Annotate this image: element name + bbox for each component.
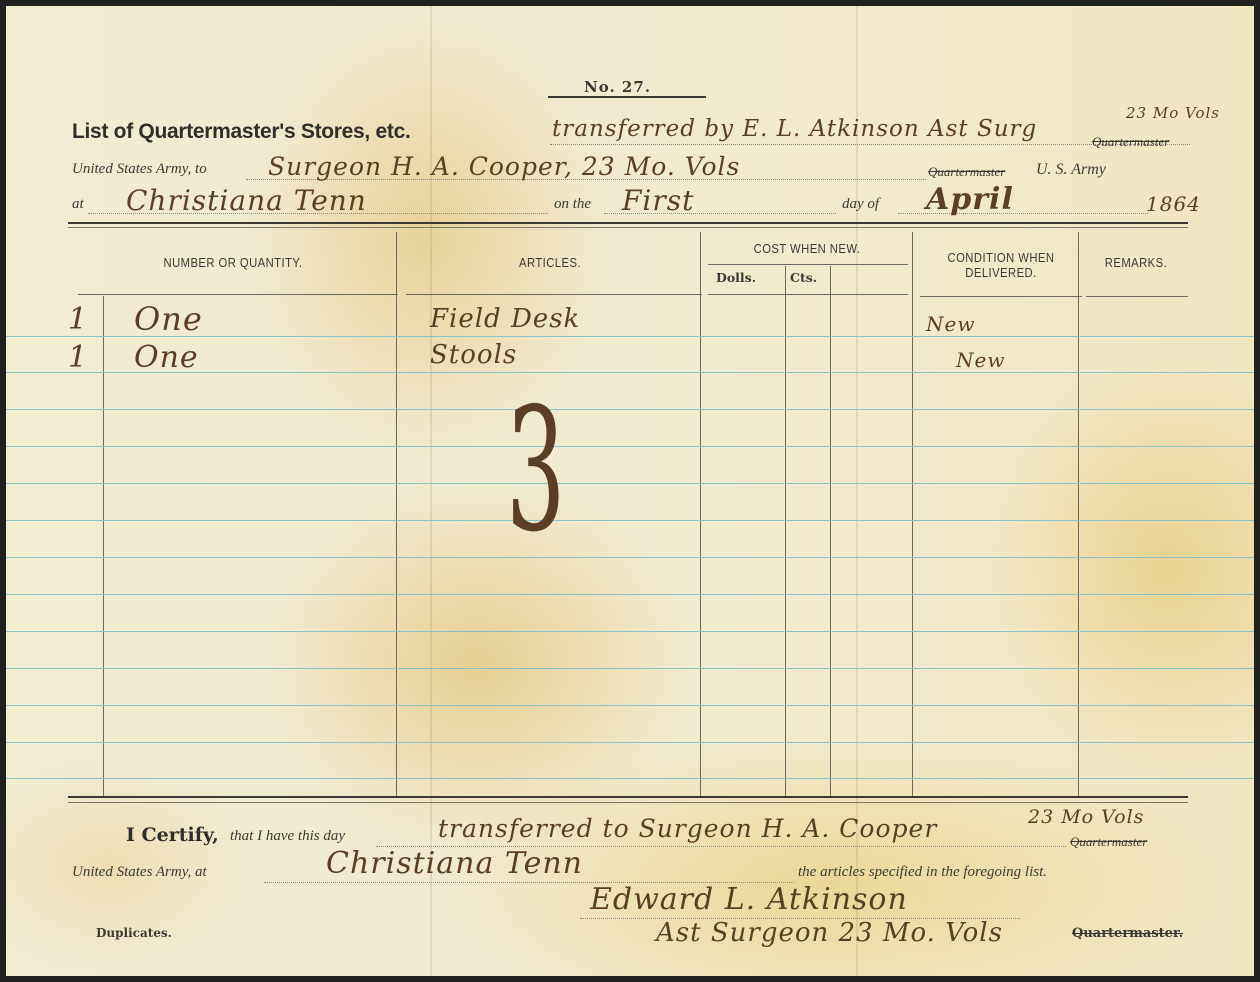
row2-count: 1 <box>68 340 88 375</box>
cert-place: Christiana Tenn <box>326 846 583 881</box>
col-divider-condition <box>912 232 913 796</box>
signature-title: Ast Surgeon 23 Mo. Vols <box>656 918 1003 948</box>
col-header-quantity: NUMBER OR QUANTITY. <box>85 256 382 270</box>
ruled-line <box>6 409 1254 410</box>
header-underline <box>406 294 702 295</box>
signature: Edward L. Atkinson <box>590 882 908 917</box>
line3-at: at <box>72 196 84 213</box>
line1-printed-end: Quartermaster <box>1092 134 1169 150</box>
form-number: No. 27. <box>584 78 651 96</box>
cert-printed-end: Quartermaster <box>1070 834 1147 850</box>
cert-text2: United States Army, at <box>72 864 207 881</box>
line2-printed-struck: Quartermaster <box>928 164 1005 180</box>
col-header-condition: CONDITION WHEN DELIVERED. <box>926 251 1075 281</box>
line1-annotation: 23 Mo Vols <box>1126 104 1220 122</box>
cert-handwritten1: transferred to Surgeon H. A. Cooper <box>438 814 937 843</box>
col-divider-articles <box>396 232 397 796</box>
col-divider-dolls <box>785 266 786 796</box>
col-header-articles: ARTICLES. <box>413 256 687 270</box>
line3-on-the: on the <box>554 196 591 213</box>
footer-rule-bottom <box>68 802 1188 803</box>
ruled-line <box>6 778 1254 779</box>
col-divider-cost <box>700 232 701 796</box>
duplicates-label: Duplicates. <box>96 926 172 940</box>
col-divider-cts <box>830 266 831 796</box>
row1-condition: New <box>926 312 975 336</box>
col-header-cts: Cts. <box>790 270 817 285</box>
document-page: No. 27. List of Quartermaster's Stores, … <box>6 6 1254 976</box>
ruled-line <box>6 483 1254 484</box>
row2-quantity: One <box>134 340 199 375</box>
col-divider-remarks <box>1078 232 1079 796</box>
ruled-line <box>6 446 1254 447</box>
header-rule-bottom <box>68 227 1188 228</box>
col-divider-count <box>103 296 104 796</box>
form-number-underline <box>548 96 706 98</box>
row1-article: Field Desk <box>430 304 580 334</box>
i-certify: I Certify, <box>126 824 219 846</box>
col-header-dolls: Dolls. <box>716 270 756 285</box>
place-handwritten: Christiana Tenn <box>126 184 367 217</box>
line2-handwritten: Surgeon H. A. Cooper, 23 Mo. Vols <box>268 152 740 181</box>
ruled-line <box>6 631 1254 632</box>
row1-quantity: One <box>134 300 203 338</box>
row1-count: 1 <box>68 302 88 337</box>
month-handwritten: April <box>926 182 1014 217</box>
col-header-cost: COST WHEN NEW. <box>713 242 902 256</box>
line3-day-of: day of <box>842 196 879 213</box>
line2-printed-tail: U. S. Army <box>1036 161 1106 179</box>
header-rule-top <box>68 222 1188 224</box>
cost-subrule <box>708 264 908 265</box>
ruled-line <box>6 557 1254 558</box>
header-underline <box>1086 296 1188 297</box>
ruled-line <box>6 742 1254 743</box>
ruled-line <box>6 705 1254 706</box>
header-underline <box>78 294 398 295</box>
form-title: List of Quartermaster's Stores, etc. <box>72 120 410 144</box>
cert-text1: that I have this day <box>230 828 345 845</box>
day-handwritten: First <box>622 184 694 217</box>
ruled-line <box>6 594 1254 595</box>
col-header-remarks: REMARKS. <box>1089 256 1183 270</box>
cert-text3: the articles specified in the foregoing … <box>798 864 1047 881</box>
row2-article: Stools <box>430 340 517 370</box>
header-underline <box>708 294 908 295</box>
ruled-line <box>6 520 1254 521</box>
year: 1864 <box>1146 192 1201 216</box>
total-mark: 3 <box>506 386 566 556</box>
header-underline <box>920 296 1082 297</box>
line1-handwritten: transferred by E. L. Atkinson Ast Surg <box>552 116 1037 142</box>
ruled-line <box>6 668 1254 669</box>
line2-printed-start: United States Army, to <box>72 161 207 178</box>
row2-condition: New <box>956 348 1005 372</box>
printed-title-struck: Quartermaster. <box>1072 926 1183 941</box>
cert-annotation: 23 Mo Vols <box>1028 806 1144 828</box>
footer-rule-top <box>68 796 1188 798</box>
